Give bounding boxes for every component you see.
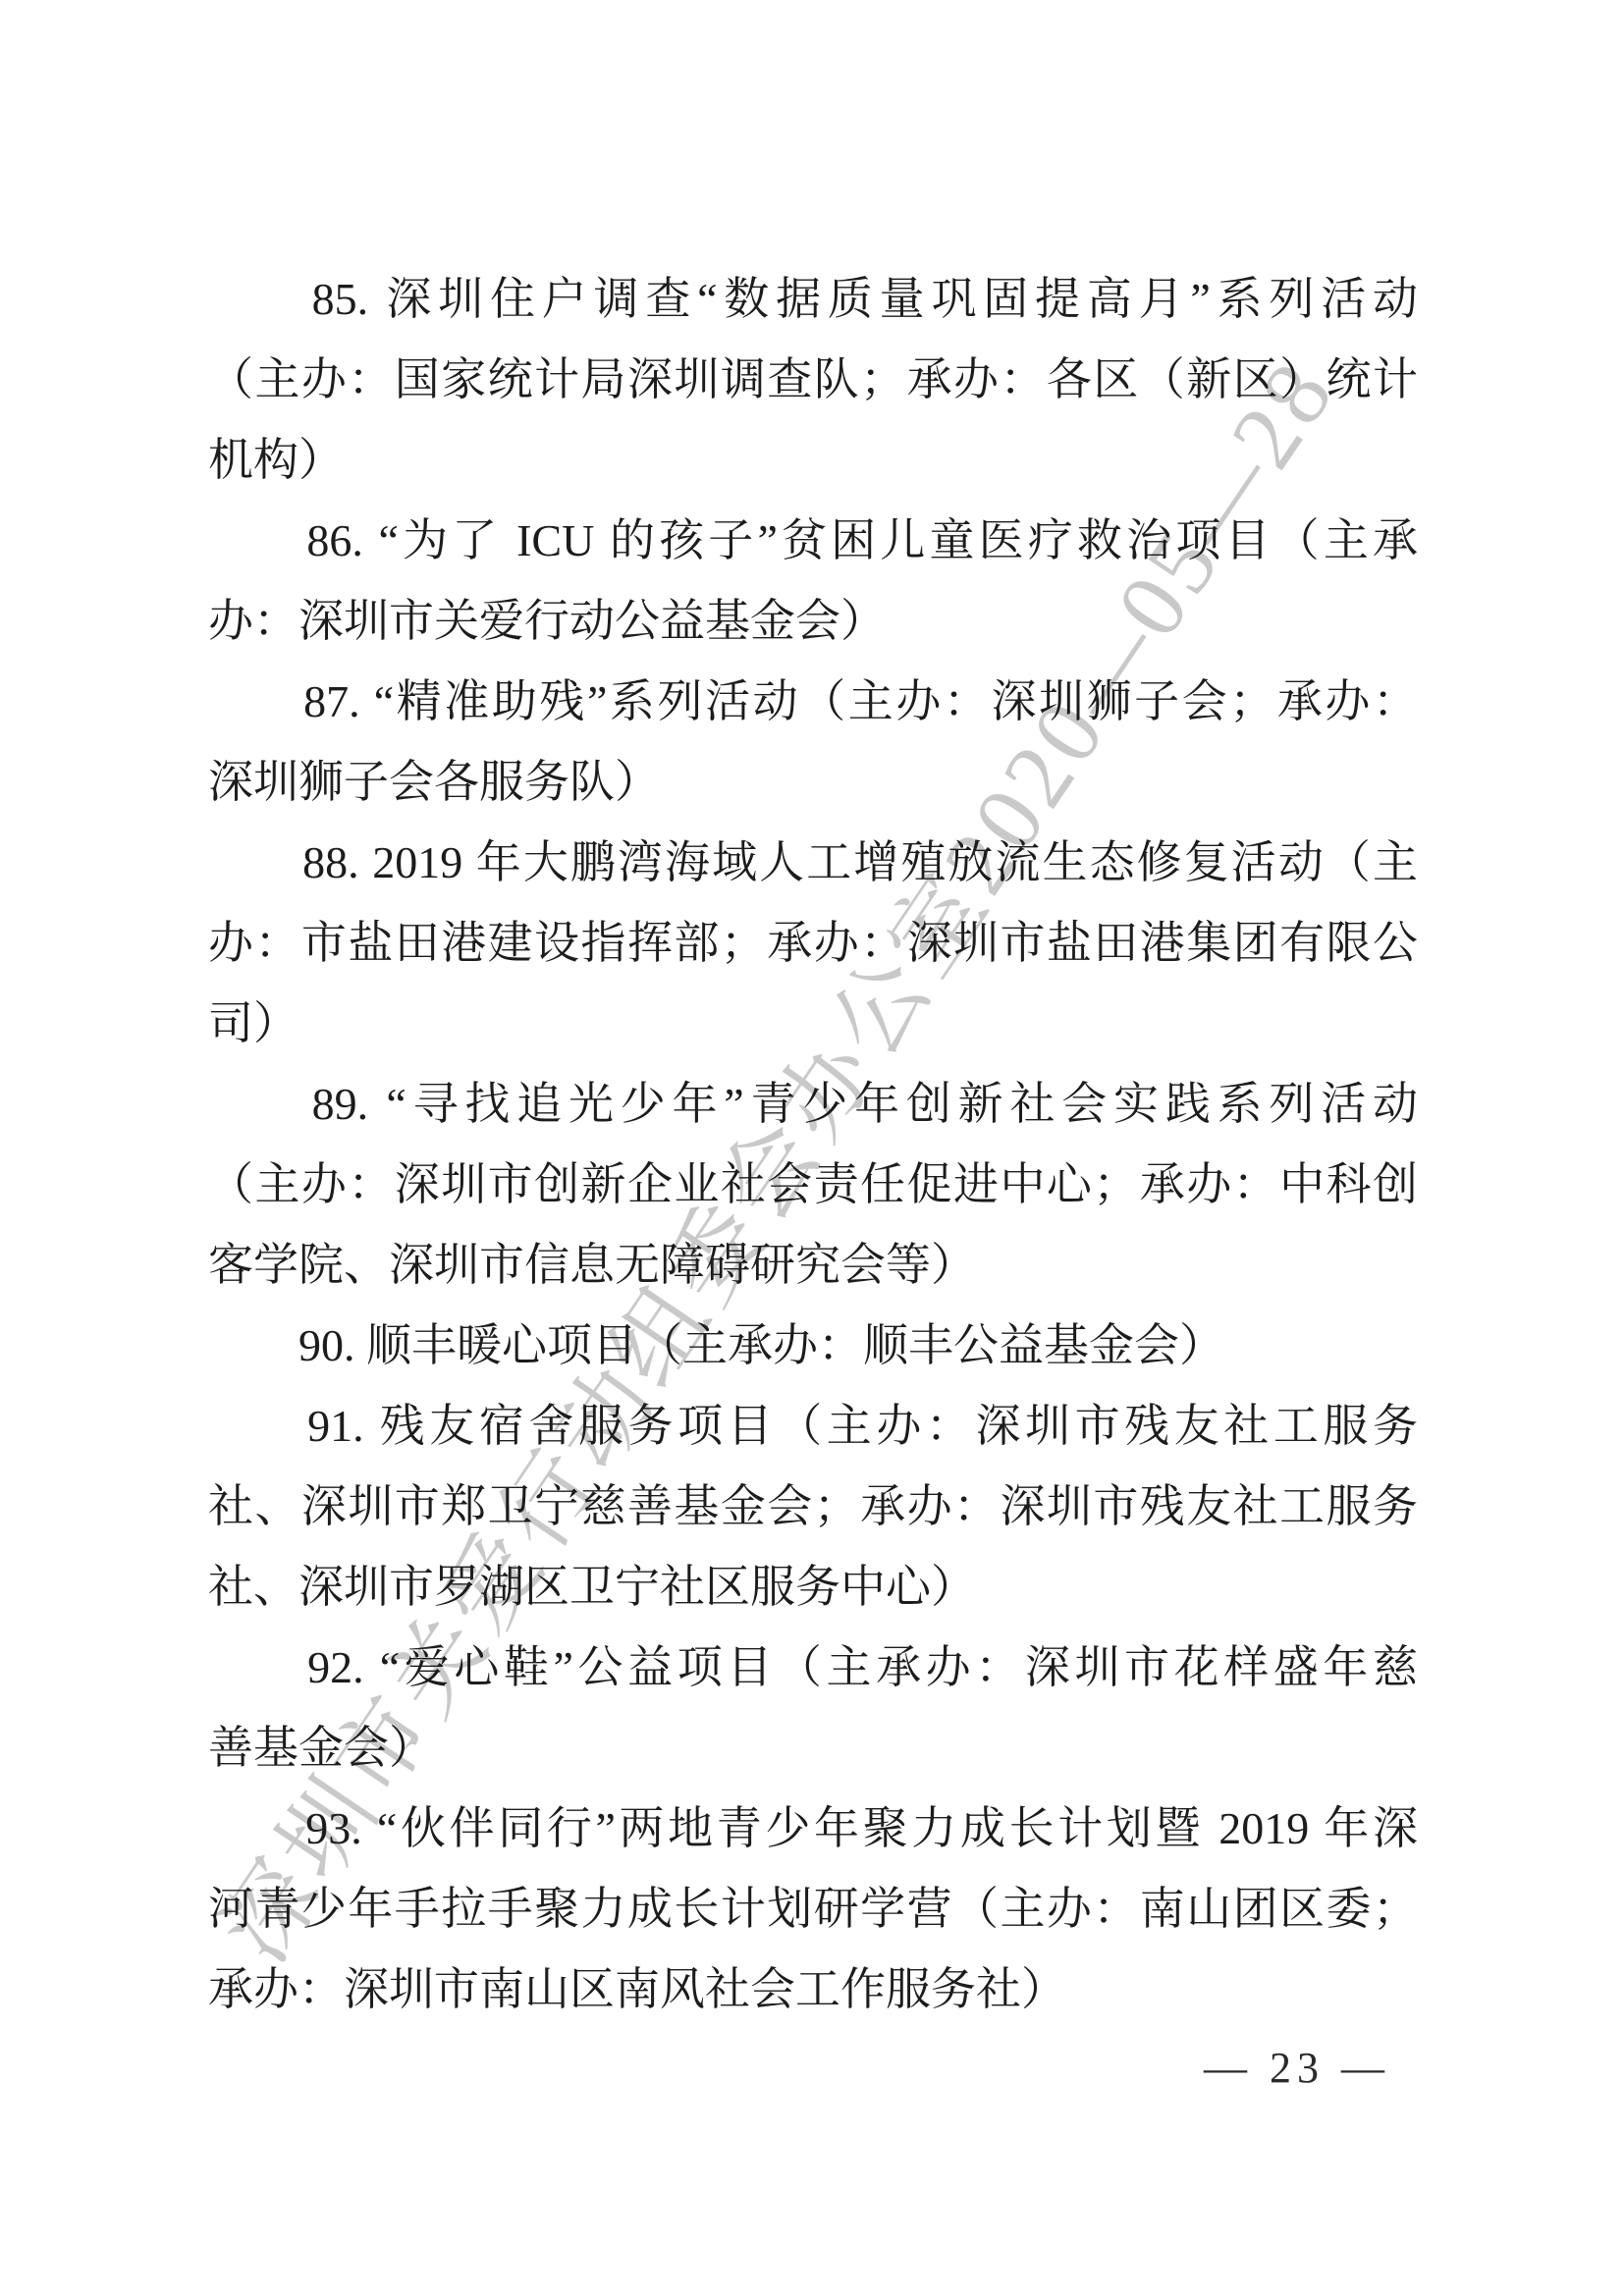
list-item-93: 93. “伙伴同行”两地青少年聚力成长计划暨 2019 年深河青少年手拉手聚力成… (208, 1789, 1418, 2030)
text-line: （主办：深圳市创新企业社会责任促进中心；承办：中科创 (208, 1145, 1418, 1225)
text-line: 90. 顺丰暖心项目（主承办：顺丰公益基金会） (208, 1306, 1418, 1386)
text-line: 善基金会） (208, 1708, 1418, 1789)
text-line: 92. “爱心鞋”公益项目（主承办：深圳市花样盛年慈 (208, 1628, 1418, 1708)
text-line: （主办：国家统计局深圳调查队；承办：各区（新区）统计 (208, 340, 1418, 420)
document-page: 深圳市关爱行动组委会办公室2020—05—28 85. 深圳住户调查“数据质量巩… (0, 0, 1624, 2296)
list-item-91: 91. 残友宿舍服务项目（主办：深圳市残友社工服务社、深圳市郑卫宁慈善基金会；承… (208, 1386, 1418, 1628)
list-item-86: 86. “为了 ICU 的孩子”贫困儿童医疗救治项目（主承办：深圳市关爱行动公益… (208, 501, 1418, 662)
text-line: 客学院、深圳市信息无障碍研究会等） (208, 1225, 1418, 1306)
list-item-90: 90. 顺丰暖心项目（主承办：顺丰公益基金会） (208, 1306, 1418, 1386)
text-line: 社、深圳市罗湖区卫宁社区服务中心） (208, 1547, 1418, 1628)
text-line: 办：深圳市关爱行动公益基金会） (208, 581, 1418, 662)
list-item-87: 87. “精准助残”系列活动（主办：深圳狮子会；承办：深圳狮子会各服务队） (208, 662, 1418, 823)
text-line: 93. “伙伴同行”两地青少年聚力成长计划暨 2019 年深 (208, 1789, 1418, 1869)
text-line: 办：市盐田港建设指挥部；承办：深圳市盐田港集团有限公 (208, 903, 1418, 984)
list-item-88: 88. 2019 年大鹏湾海域人工增殖放流生态修复活动（主办：市盐田港建设指挥部… (208, 823, 1418, 1064)
text-line: 89. “寻找追光少年”青少年创新社会实践系列活动 (208, 1064, 1418, 1145)
text-line: 87. “精准助残”系列活动（主办：深圳狮子会；承办： (208, 662, 1418, 742)
list-item-92: 92. “爱心鞋”公益项目（主承办：深圳市花样盛年慈善基金会） (208, 1628, 1418, 1789)
list-item-89: 89. “寻找追光少年”青少年创新社会实践系列活动（主办：深圳市创新企业社会责任… (208, 1064, 1418, 1306)
text-line: 85. 深圳住户调查“数据质量巩固提高月”系列活动 (208, 259, 1418, 340)
page-number: — 23 — (1204, 2028, 1390, 2109)
text-line: 88. 2019 年大鹏湾海域人工增殖放流生态修复活动（主 (208, 823, 1418, 903)
text-line: 机构） (208, 420, 1418, 501)
text-line: 91. 残友宿舍服务项目（主办：深圳市残友社工服务 (208, 1386, 1418, 1467)
text-line: 河青少年手拉手聚力成长计划研学营（主办：南山团区委； (208, 1869, 1418, 1949)
text-line: 86. “为了 ICU 的孩子”贫困儿童医疗救治项目（主承 (208, 501, 1418, 581)
text-line: 司） (208, 984, 1418, 1064)
text-line: 深圳狮子会各服务队） (208, 742, 1418, 823)
text-line: 承办：深圳市南山区南风社会工作服务社） (208, 1949, 1418, 2030)
text-line: 社、深圳市郑卫宁慈善基金会；承办：深圳市残友社工服务 (208, 1467, 1418, 1547)
list-item-85: 85. 深圳住户调查“数据质量巩固提高月”系列活动（主办：国家统计局深圳调查队；… (208, 259, 1418, 501)
document-body: 85. 深圳住户调查“数据质量巩固提高月”系列活动（主办：国家统计局深圳调查队；… (208, 259, 1418, 2030)
